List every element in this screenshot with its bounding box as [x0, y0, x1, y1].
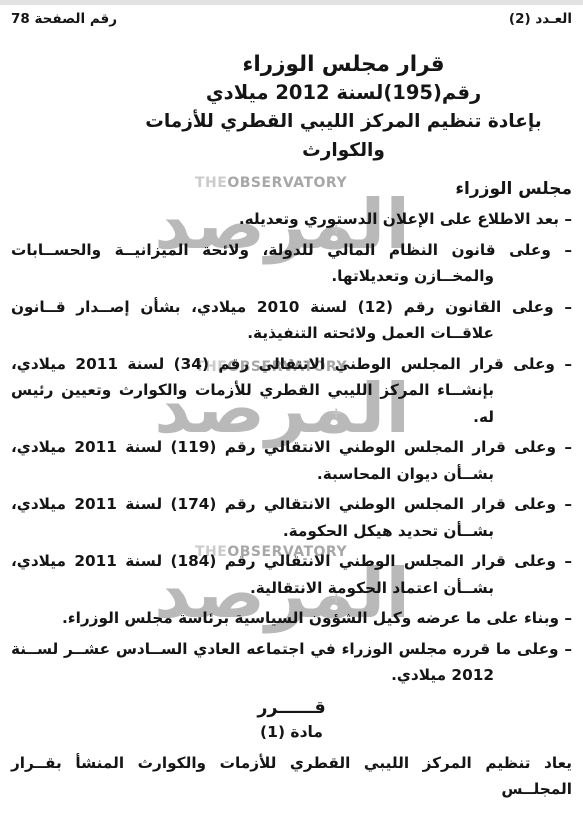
dash-marker: – — [555, 355, 572, 373]
preamble-text: وعلى ما قرره مجلس الوزراء في اجتماعه الع… — [11, 640, 559, 685]
dash-marker: – — [559, 640, 572, 658]
preamble-text: وعلى قرار المجلس الوطني الانتقالي رقم (1… — [11, 438, 556, 483]
dash-marker: – — [556, 438, 572, 456]
preamble-item: – وعلى القانون رقم (12) لسنة 2010 ميلادي… — [11, 294, 572, 347]
preamble-text: بعد الاطلاع على الإعلان الدستوري وتعديله… — [239, 210, 559, 228]
preamble-item: – بعد الاطلاع على الإعلان الدستوري وتعدي… — [11, 206, 572, 233]
preamble-list: – بعد الاطلاع على الإعلان الدستوري وتعدي… — [11, 206, 572, 689]
issue-number-label: العـدد (2) — [509, 11, 572, 27]
dash-marker: – — [556, 552, 572, 570]
preamble-item: – وبناء على ما عرضه وكيل الشؤون السياسية… — [11, 605, 572, 632]
preamble-text: وعلى قرار المجلس الوطني الانتقالي رقم (1… — [11, 495, 556, 540]
dash-marker: – — [554, 298, 572, 316]
dash-marker: – — [551, 241, 572, 259]
preamble-item: – وعلى قانون النظام المالي للدولة، ولائح… — [11, 237, 572, 290]
preamble-item: – وعلى ما قرره مجلس الوزراء في اجتماعه ا… — [11, 636, 572, 689]
preamble-item: – وعلى قرار المجلس الوطني الانتقالي رقم … — [11, 434, 572, 487]
decree-title-block: قرار مجلس الوزراء رقم(195)لسنة 2012 ميلا… — [11, 51, 572, 165]
decree-word: قــــــرر — [11, 698, 572, 718]
gazette-page: THEOBSERVATORY المرصد + THEOBSERVATORY ا… — [0, 0, 583, 816]
preamble-item: – وعلى قرار المجلس الوطني الانتقالي رقم … — [11, 548, 572, 601]
preamble-text: وعلى قرار المجلس الوطني الانتقالي رقم (3… — [11, 355, 555, 426]
dash-marker: – — [559, 210, 572, 228]
preamble-item: – وعلى قرار المجلس الوطني الانتقالي رقم … — [11, 491, 572, 544]
preamble-item: – وعلى قرار المجلس الوطني الانتقالي رقم … — [11, 351, 572, 431]
document-content: العـدد (2) رقم الصفحة 78 قرار مجلس الوزر… — [0, 11, 583, 802]
preamble-text: وبناء على ما عرضه وكيل الشؤون السياسية ب… — [62, 609, 559, 627]
preamble-text: وعلى قرار المجلس الوطني الانتقالي رقم (1… — [11, 552, 556, 597]
dash-marker: – — [556, 495, 572, 513]
article-1-heading: مادة (1) — [11, 723, 572, 741]
article-1-text: يعاد تنظيم المركز الليبي القطري للأزمات … — [11, 750, 572, 802]
issuer-heading: مجلس الوزراء — [11, 179, 572, 199]
preamble-text: وعلى قانون النظام المالي للدولة، ولائحة … — [11, 241, 551, 286]
scan-top-edge — [0, 0, 583, 5]
page-number-label: رقم الصفحة 78 — [11, 11, 117, 27]
decree-number-line: رقم(195)لسنة 2012 ميلادي — [115, 79, 572, 107]
decree-subject-line: بإعادة تنظيم المركز الليبي القطري للأزما… — [115, 107, 572, 165]
page-header: العـدد (2) رقم الصفحة 78 — [11, 11, 572, 27]
preamble-text: وعلى القانون رقم (12) لسنة 2010 ميلادي، … — [11, 298, 554, 343]
decree-title: قرار مجلس الوزراء — [115, 51, 572, 79]
dash-marker: – — [559, 609, 572, 627]
